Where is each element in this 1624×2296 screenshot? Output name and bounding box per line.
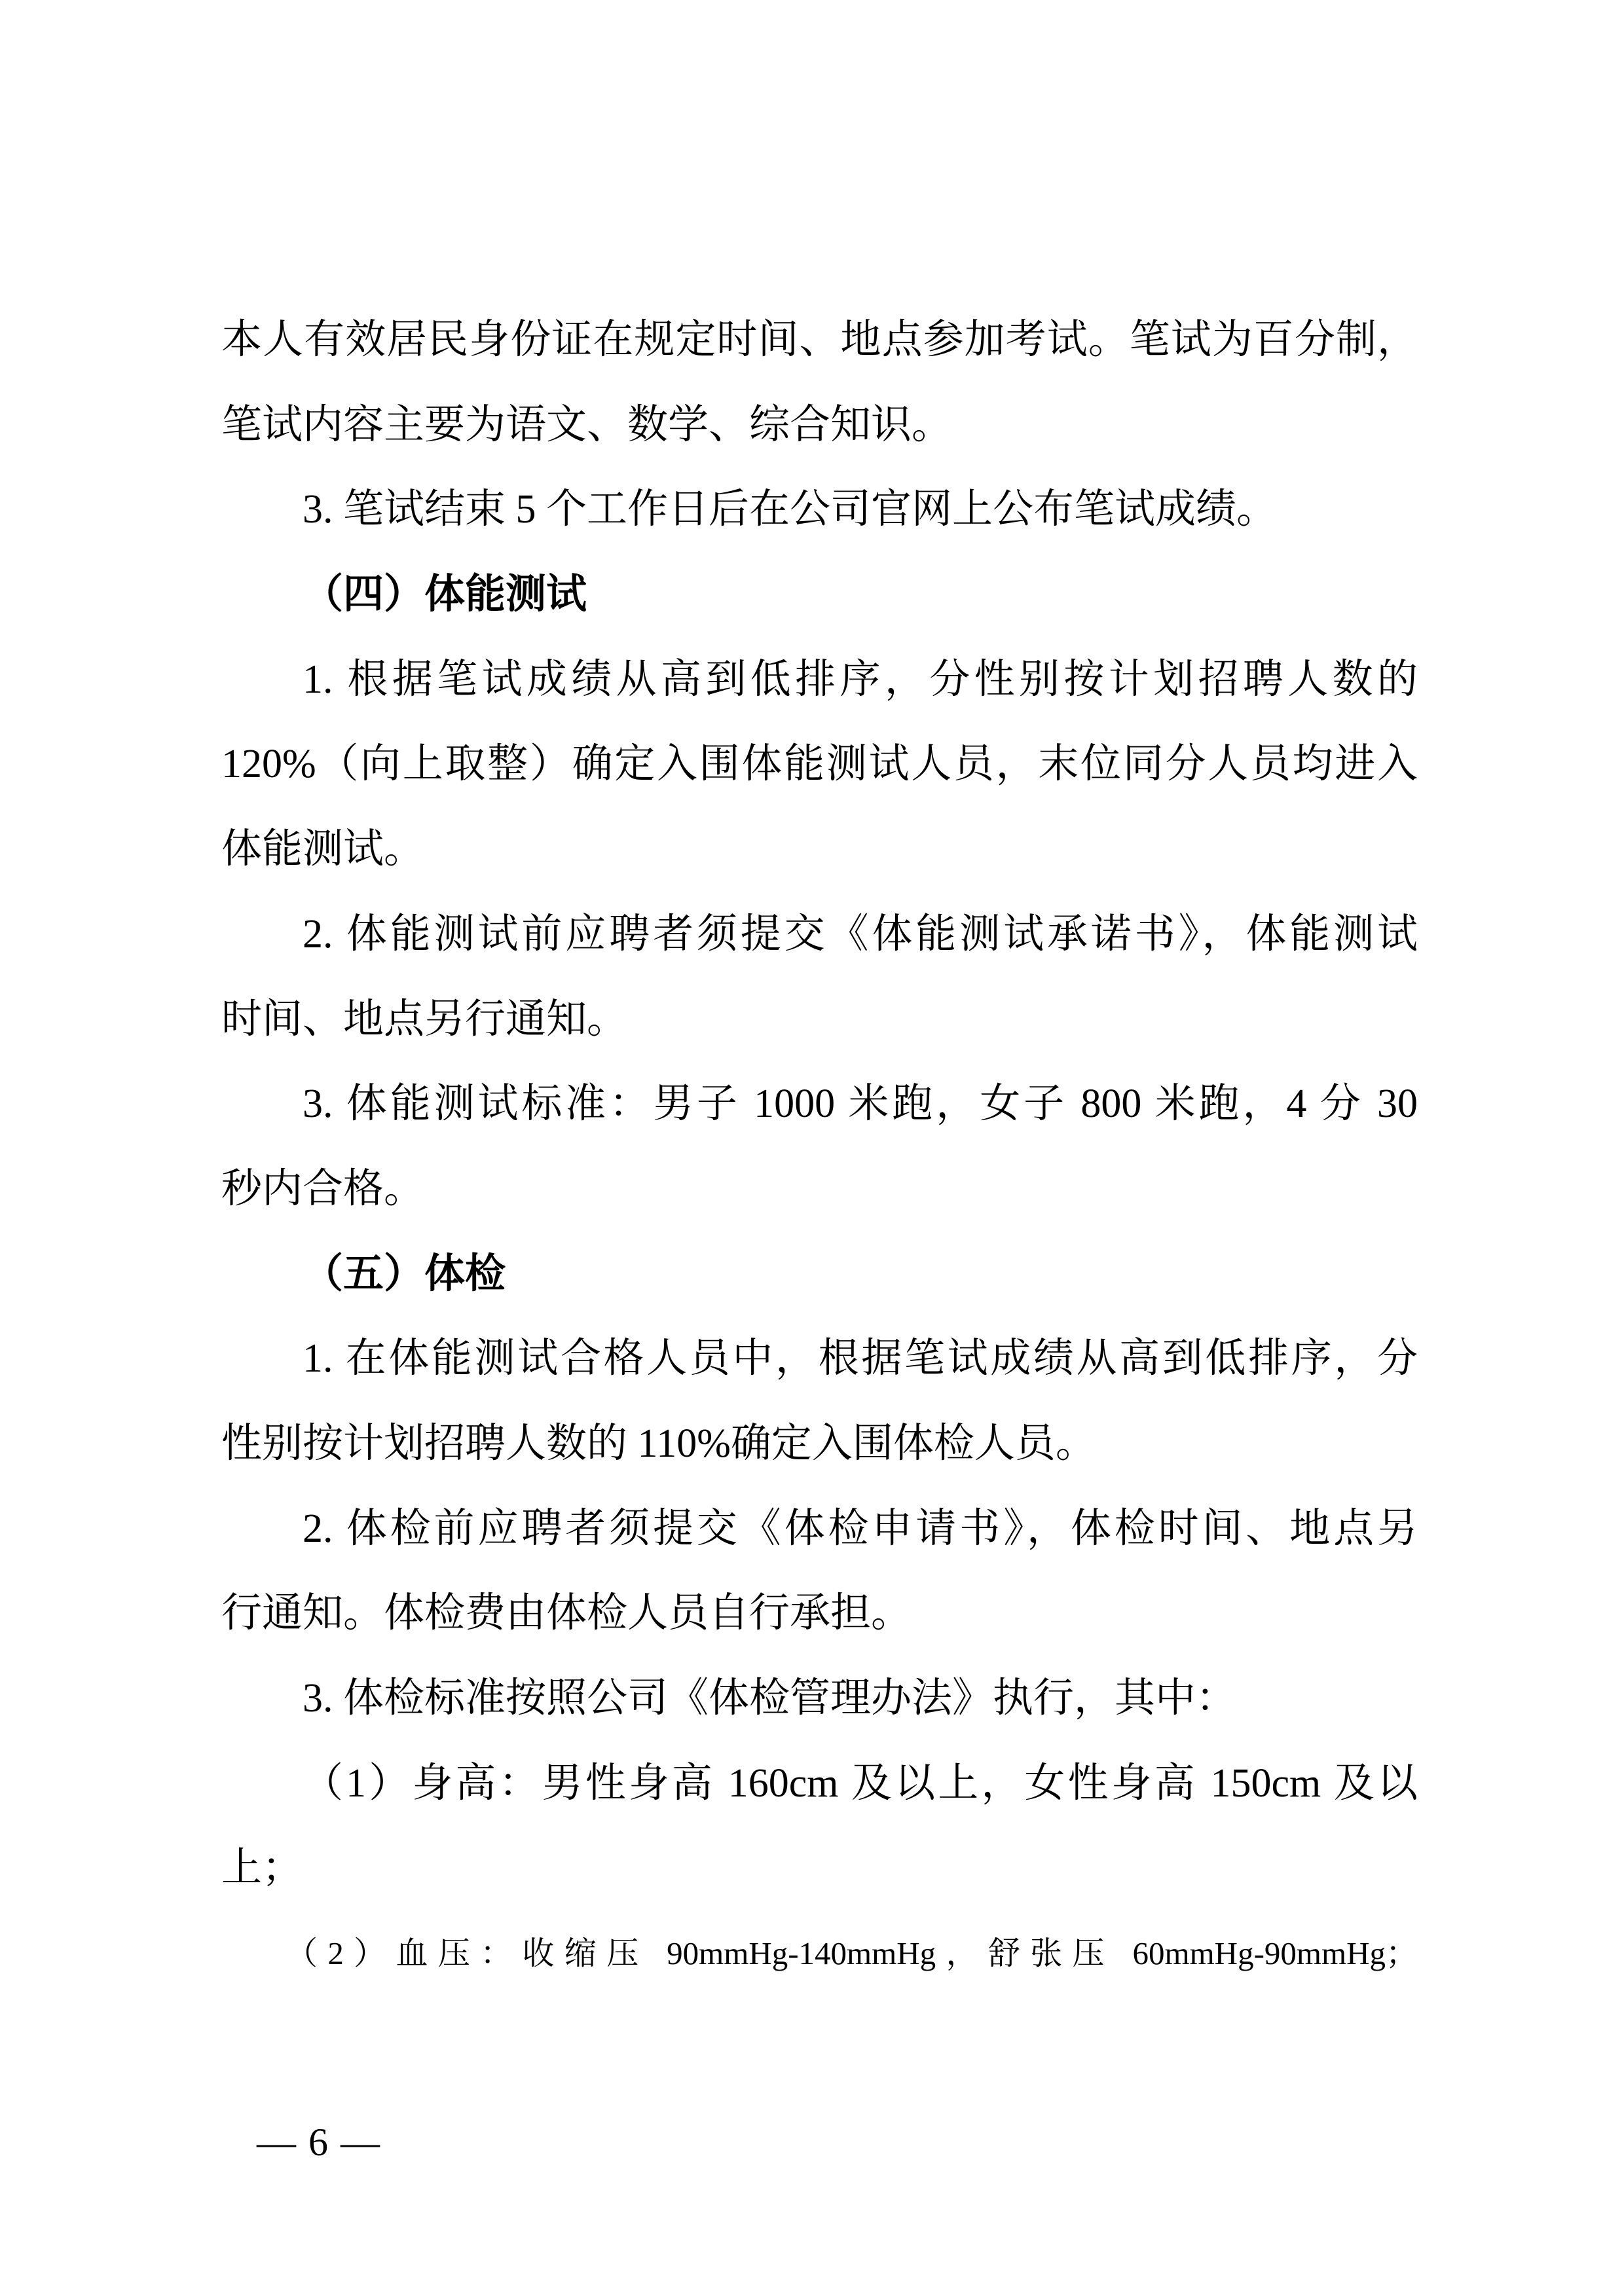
page-number: — 6 —	[257, 2123, 381, 2162]
text-line: 3. 体能测试标准：男子 1000 米跑，女子 800 米跑，4 分 30	[221, 1062, 1418, 1147]
text-line: 120%（向上取整）确定入围体能测试人员，末位同分人员均进入	[221, 722, 1418, 807]
text-line: （1）身高：男性身高 160cm 及以上，女性身高 150cm 及以	[221, 1741, 1418, 1827]
text-line: 本人有效居民身份证在规定时间、地点参加考试。笔试为百分制，	[221, 298, 1418, 383]
text-line: 性别按计划招聘人数的 110%确定入围体检人员。	[221, 1402, 1418, 1487]
document-body: 本人有效居民身份证在规定时间、地点参加考试。笔试为百分制，笔试内容主要为语文、数…	[221, 298, 1418, 1996]
document-page: 本人有效居民身份证在规定时间、地点参加考试。笔试为百分制，笔试内容主要为语文、数…	[0, 0, 1624, 2296]
text-line: （2）血压：收缩压 90mmHg-140mmHg，舒张压 60mmHg-90mm…	[221, 1911, 1418, 1996]
text-line: 2. 体能测试前应聘者须提交《体能测试承诺书》，体能测试	[221, 892, 1418, 977]
text-line: 3. 体检标准按照公司《体检管理办法》执行，其中：	[221, 1656, 1418, 1741]
text-line: 上；	[221, 1826, 1418, 1911]
text-line: 体能测试。	[221, 807, 1418, 892]
text-line: 笔试内容主要为语文、数学、综合知识。	[221, 383, 1418, 468]
text-line: 时间、地点另行通知。	[221, 977, 1418, 1063]
text-line: 3. 笔试结束 5 个工作日后在公司官网上公布笔试成绩。	[221, 467, 1418, 553]
section-heading: （四）体能测试	[221, 553, 1418, 638]
section-heading: （五）体检	[221, 1232, 1418, 1317]
text-line: 1. 根据笔试成绩从高到低排序，分性别按计划招聘人数的	[221, 638, 1418, 723]
text-line: 秒内合格。	[221, 1147, 1418, 1232]
text-line: 行通知。体检费由体检人员自行承担。	[221, 1571, 1418, 1656]
text-line: 2. 体检前应聘者须提交《体检申请书》，体检时间、地点另	[221, 1487, 1418, 1572]
text-line: 1. 在体能测试合格人员中，根据笔试成绩从高到低排序，分	[221, 1317, 1418, 1402]
